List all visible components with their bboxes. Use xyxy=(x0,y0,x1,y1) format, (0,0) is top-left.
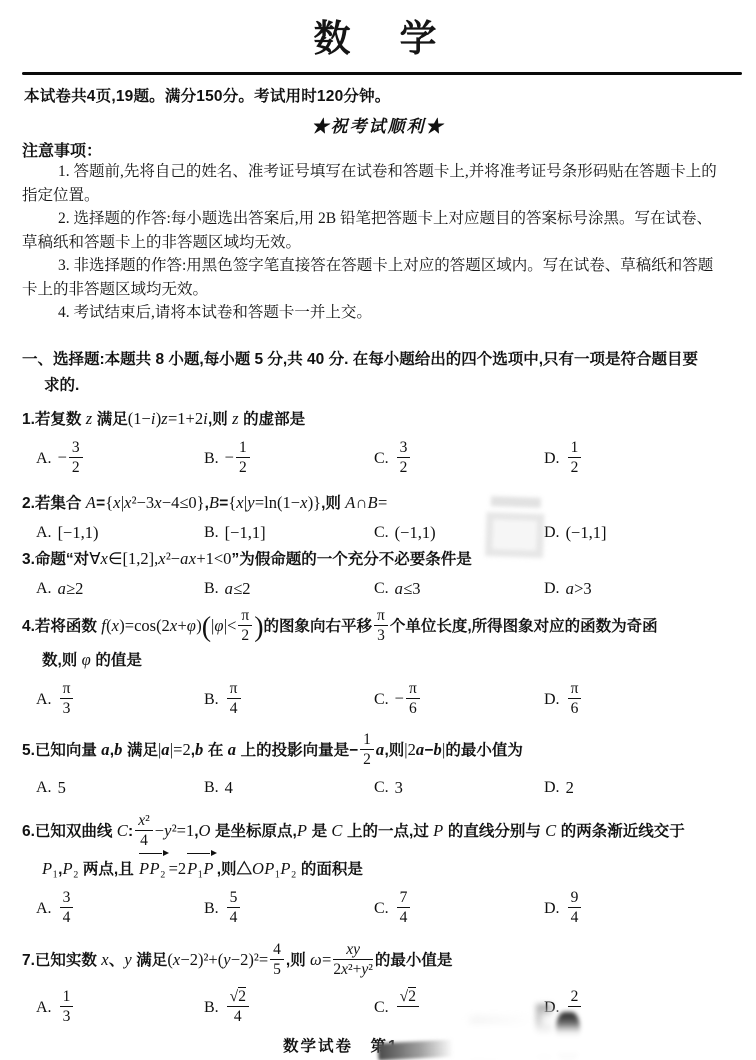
math-run: z xyxy=(86,409,93,428)
option-value: a>3 xyxy=(566,579,592,599)
option-label: B. xyxy=(204,999,219,1017)
math-run: |φ|< xyxy=(211,616,236,635)
option: A.[−1,1) xyxy=(36,523,204,543)
option: B.4 xyxy=(204,778,374,798)
fraction-denominator: 3 xyxy=(374,626,388,644)
option: B.[−1,1] xyxy=(204,523,374,543)
fraction-numerator: 2 xyxy=(568,988,582,1007)
math-run: A∩B= xyxy=(345,493,387,512)
fraction-numerator: π xyxy=(238,607,252,626)
fraction-denominator: 3 xyxy=(60,1007,74,1025)
math-run: a xyxy=(225,579,234,598)
option: D.94 xyxy=(544,889,748,929)
fraction-numerator: 1 xyxy=(60,988,74,1007)
fraction: 32 xyxy=(69,439,83,477)
option-label: B. xyxy=(204,450,219,468)
math-run: P₁P xyxy=(186,859,217,878)
question-6: 6.已知双曲线 C:x²4−y²=1,O 是坐标原点,P 是 C 上的一点,过 … xyxy=(22,812,748,928)
math-run: P xyxy=(433,821,443,840)
option-value: 3 xyxy=(395,778,403,798)
math-run: b xyxy=(433,740,442,759)
fraction-numerator: π xyxy=(60,680,74,699)
question-line: 4.若将函数 f(x)=cos(2x+φ)(|φ|<π2)的图象向右平移π3个单… xyxy=(22,607,748,647)
option-value: 4 xyxy=(225,778,233,798)
option-value: −32 xyxy=(58,439,85,479)
section-heading-line: 求的. xyxy=(22,373,744,399)
fraction: 12 xyxy=(360,731,374,769)
options-row: A.5B.4C.3D.2 xyxy=(22,778,748,798)
option-label: C. xyxy=(374,900,389,918)
option: B.54 xyxy=(204,889,374,929)
math-run: x xyxy=(101,950,109,969)
option-value: √24 xyxy=(225,988,251,1028)
option-label: D. xyxy=(544,779,560,797)
fraction: 54 xyxy=(227,889,241,927)
option: B.√24 xyxy=(204,988,374,1028)
vector-overline: P₁P xyxy=(186,852,217,881)
fraction-denominator: 3 xyxy=(60,699,74,717)
option: D.2 xyxy=(544,778,748,798)
fraction-denominator: 4 xyxy=(227,699,241,717)
option: C.−π6 xyxy=(374,680,544,720)
notice-line: 草稿纸和答题卡上的非答题区域均无效。 xyxy=(22,231,740,255)
option-value: 5 xyxy=(58,778,66,798)
option-label: A. xyxy=(36,779,52,797)
fraction-numerator: 1 xyxy=(360,731,374,750)
options-row: A.a≥2B.a≤2C.a≤3D.a>3 xyxy=(22,579,748,599)
question-line: 3.命题“对∀x∈[1,2],x²−ax+1<0”为假命题的一个充分不必要条件是 xyxy=(22,546,748,572)
option-value: 13 xyxy=(58,988,76,1028)
option-value: [−1,1] xyxy=(225,523,266,543)
fraction: 94 xyxy=(568,889,582,927)
fraction: 74 xyxy=(397,889,411,927)
fraction-denominator: 2 xyxy=(69,458,83,476)
question-line: 6.已知双曲线 C:x²4−y²=1,O 是坐标原点,P 是 C 上的一点,过 … xyxy=(22,812,748,852)
fraction: 45 xyxy=(270,941,284,979)
math-run: (x−2)²+(y−2)²= xyxy=(167,950,268,969)
math-run: ∀x∈[1,2],x²−ax+1<0 xyxy=(89,549,231,568)
option-label: C. xyxy=(374,691,389,709)
math-run: a xyxy=(228,740,237,759)
question-5: 5.已知向量 a,b 满足|a|=2,b 在 a 上的投影向量是−12a,则|2… xyxy=(22,731,748,798)
math-run: (1−i)z=1+2i xyxy=(128,409,208,428)
option-value: π4 xyxy=(225,680,243,720)
option-value: π3 xyxy=(58,680,76,720)
option-label: B. xyxy=(204,691,219,709)
option-label: A. xyxy=(36,691,52,709)
fraction-denominator: 4 xyxy=(397,908,411,926)
scan-footer-white xyxy=(455,1028,625,1060)
fraction-numerator: x² xyxy=(135,812,153,831)
options-row: A.13B.√24C.√2 D.2 xyxy=(22,988,748,1028)
fraction-denominator: 2 xyxy=(238,626,252,644)
option-value: a≤3 xyxy=(395,579,421,599)
math-run: f(x)=cos(2x+φ) xyxy=(101,616,201,635)
options-row: A.34B.54C.74D.94 xyxy=(22,889,748,929)
option-value: 94 xyxy=(566,889,584,929)
math-run: {x|x²−3x−4≤0} xyxy=(105,493,204,512)
option-label: A. xyxy=(36,450,52,468)
fraction: π6 xyxy=(406,680,420,718)
option: D.(−1,1] xyxy=(544,523,748,543)
option-label: D. xyxy=(544,900,560,918)
math-run: b xyxy=(114,740,123,759)
fraction-numerator: 1 xyxy=(568,439,582,458)
option-label: D. xyxy=(544,450,560,468)
option-label: D. xyxy=(544,524,560,542)
notice-line: 4. 考试结束后,请将本试卷和答题卡一并上交。 xyxy=(22,301,740,325)
option-value: a≥2 xyxy=(58,579,84,599)
math-run: C xyxy=(117,821,128,840)
math-run: P₁ xyxy=(42,859,58,878)
fraction-denominator: 2 xyxy=(397,458,411,476)
notice-line: 3. 非选择题的作答:用黑色签字笔直接答在答题卡上对应的答题区域内。写在试卷、草… xyxy=(22,254,740,278)
math-run: P xyxy=(297,821,307,840)
question-2: 2.若集合 A={x|x²−3x−4≤0},B={x|y=ln(1−x)},则 … xyxy=(22,490,748,543)
fraction-numerator: π xyxy=(568,680,582,699)
exam-info-line: 本试卷共4页,19题。满分150分。考试用时120分钟。 xyxy=(24,84,391,106)
question-line: 2.若集合 A={x|x²−3x−4≤0},B={x|y=ln(1−x)},则 … xyxy=(22,490,748,516)
fraction-denominator: 4 xyxy=(227,1007,249,1025)
scan-ghost-stamp xyxy=(485,496,545,558)
option-label: A. xyxy=(36,900,52,918)
option-label: D. xyxy=(544,580,560,598)
option-value: −12 xyxy=(225,439,252,479)
option-label: C. xyxy=(374,450,389,468)
fraction: 13 xyxy=(60,988,74,1026)
math-run: C xyxy=(545,821,556,840)
fraction-denominator: 4 xyxy=(135,831,153,849)
options-row: A.π3B.π4C.−π6D.π6 xyxy=(22,680,748,720)
option: D.a>3 xyxy=(544,579,748,599)
option-label: A. xyxy=(36,999,52,1017)
math-run: φ xyxy=(82,650,91,669)
sqrt: √2 xyxy=(400,987,416,1005)
fraction-numerator: 5 xyxy=(227,889,241,908)
fraction-numerator: π xyxy=(406,680,420,699)
math-run: z xyxy=(232,409,239,428)
option-value: 32 xyxy=(395,439,413,479)
fraction: 12 xyxy=(236,439,250,477)
notice-line: 2. 选择题的作答:每小题选出答案后,用 2B 铅笔把答题卡上对应题目的答案标号… xyxy=(22,207,740,231)
fraction-numerator: 3 xyxy=(397,439,411,458)
math-run: a xyxy=(161,740,170,759)
option-value: 12 xyxy=(566,439,584,479)
fraction-numerator: 3 xyxy=(69,439,83,458)
option-label: C. xyxy=(374,999,389,1017)
fraction: √24 xyxy=(227,988,249,1026)
option: A.a≥2 xyxy=(36,579,204,599)
question-line: 5.已知向量 a,b 满足|a|=2,b 在 a 上的投影向量是−12a,则|2… xyxy=(22,731,748,771)
option: C.3 xyxy=(374,778,544,798)
notice-line: 1. 答题前,先将自己的姓名、准考证号填写在试卷和答题卡上,并将准考证号条形码贴… xyxy=(22,160,740,184)
math-run: a xyxy=(416,740,425,759)
big-paren: ) xyxy=(254,612,263,643)
fraction-numerator: 7 xyxy=(397,889,411,908)
sqrt-radicand: 2 xyxy=(238,987,246,1005)
math-run: a xyxy=(395,579,404,598)
fraction: 12 xyxy=(568,439,582,477)
notice-list: 1. 答题前,先将自己的姓名、准考证号填写在试卷和答题卡上,并将准考证号条形码贴… xyxy=(22,160,740,325)
option: C.a≤3 xyxy=(374,579,544,599)
option: A.π3 xyxy=(36,680,204,720)
math-run: |2 xyxy=(404,740,416,759)
math-run: a xyxy=(566,579,575,598)
option-label: B. xyxy=(204,900,219,918)
option-value: 54 xyxy=(225,889,243,929)
fraction-numerator: 4 xyxy=(270,941,284,960)
question-line: P₁,P₂ 两点,且 PP₂=2P₁P,则△OP₁P₂ 的面积是 xyxy=(22,852,748,882)
math-run: PP₂ xyxy=(138,859,169,878)
math-run: y xyxy=(124,950,132,969)
fraction-numerator: π xyxy=(227,680,241,699)
fraction-denominator: 2 xyxy=(360,750,374,768)
fraction: 34 xyxy=(60,889,74,927)
page-title: 数 学 xyxy=(0,8,756,62)
fraction-numerator: 3 xyxy=(60,889,74,908)
fraction: π2 xyxy=(238,607,252,645)
math-run: =2 xyxy=(169,859,187,878)
option-value: [−1,1) xyxy=(58,523,99,543)
option-label: D. xyxy=(544,691,560,709)
question-3: 3.命题“对∀x∈[1,2],x²−ax+1<0”为假命题的一个充分不必要条件是… xyxy=(22,546,748,599)
option: A.−32 xyxy=(36,439,204,479)
math-run: | xyxy=(442,740,445,759)
option-label: C. xyxy=(374,779,389,797)
math-run: A xyxy=(86,493,96,512)
math-run: −y²=1 xyxy=(155,821,194,840)
option: A.13 xyxy=(36,988,204,1028)
sqrt-radicand: 2 xyxy=(408,987,416,1005)
option-label: C. xyxy=(374,580,389,598)
blessing-line: ★祝考试顺利★ xyxy=(0,112,756,137)
option-value: 74 xyxy=(395,889,413,929)
option-label: C. xyxy=(374,524,389,542)
fraction-numerator: 1 xyxy=(236,439,250,458)
question-line: 数,则 φ 的值是 xyxy=(22,647,748,673)
math-run: B xyxy=(209,493,219,512)
notice-line: 卡上的非答题区域均无效。 xyxy=(22,278,740,302)
option-label: A. xyxy=(36,524,52,542)
big-paren: ( xyxy=(202,612,211,643)
vector-overline: PP₂ xyxy=(138,852,169,881)
sqrt: √2 xyxy=(230,987,246,1005)
math-run: OP₁P₂ xyxy=(252,859,297,878)
section-heading-line: 一、选择题:本题共 8 小题,每小题 5 分,共 40 分. 在每小题给出的四个… xyxy=(22,347,744,373)
fraction-denominator: 2 xyxy=(236,458,250,476)
option-value: (−1,1] xyxy=(566,523,607,543)
option: B.−12 xyxy=(204,439,374,479)
option-value: 2 xyxy=(566,778,574,798)
fraction-denominator: 6 xyxy=(568,699,582,717)
math-run: a xyxy=(58,579,67,598)
question-4: 4.若将函数 f(x)=cos(2x+φ)(|φ|<π2)的图象向右平移π3个单… xyxy=(22,607,748,719)
fraction-denominator: 6 xyxy=(406,699,420,717)
section-heading: 一、选择题:本题共 8 小题,每小题 5 分,共 40 分. 在每小题给出的四个… xyxy=(22,347,744,399)
notice-title: 注意事项： xyxy=(22,138,102,161)
fraction-numerator: π xyxy=(374,607,388,626)
fraction: x²4 xyxy=(135,812,153,850)
fraction-numerator: 9 xyxy=(568,889,582,908)
option: B.a≤2 xyxy=(204,579,374,599)
option: C.32 xyxy=(374,439,544,479)
option-label: A. xyxy=(36,580,52,598)
math-run: |=2 xyxy=(170,740,191,759)
fraction: π4 xyxy=(227,680,241,718)
fraction-denominator: 5 xyxy=(270,960,284,978)
option-label: B. xyxy=(204,779,219,797)
option: A.34 xyxy=(36,889,204,929)
math-run: ω= xyxy=(310,950,331,969)
fraction-denominator: 2 xyxy=(568,458,582,476)
fraction-denominator: 2x²+y² xyxy=(333,960,373,978)
option-value: 34 xyxy=(58,889,76,929)
fraction-denominator: 4 xyxy=(60,908,74,926)
option: B.π4 xyxy=(204,680,374,720)
option-value: −π6 xyxy=(395,680,422,720)
option: C.74 xyxy=(374,889,544,929)
question-line: 1.若复数 z 满足(1−i)z=1+2i,则 z 的虚部是 xyxy=(22,406,748,432)
fraction: xy2x²+y² xyxy=(333,941,373,979)
fraction-numerator: xy xyxy=(333,941,373,960)
option-label: B. xyxy=(204,524,219,542)
option: D.π6 xyxy=(544,680,748,720)
header-rule xyxy=(22,72,742,75)
fraction-denominator: 4 xyxy=(227,908,241,926)
math-run: O xyxy=(199,821,211,840)
fraction-numerator: √2 xyxy=(227,988,249,1007)
options-row: A.[−1,1)B.[−1,1]C.(−1,1)D.(−1,1] xyxy=(22,523,748,543)
math-run: {x|y=ln(1−x)} xyxy=(228,493,321,512)
option-label: B. xyxy=(204,580,219,598)
option-value: (−1,1) xyxy=(395,523,436,543)
math-run: b xyxy=(195,740,204,759)
fraction: π3 xyxy=(60,680,74,718)
fraction: π3 xyxy=(374,607,388,645)
options-row: A.−32B.−12C.32D.12 xyxy=(22,439,748,479)
math-run: a xyxy=(101,740,110,759)
math-run: P₂ xyxy=(62,859,78,878)
fraction: 32 xyxy=(397,439,411,477)
option-value: a≤2 xyxy=(225,579,251,599)
option: D.12 xyxy=(544,439,748,479)
fraction-numerator: √2 xyxy=(397,988,419,1007)
option: A.5 xyxy=(36,778,204,798)
math-run: a xyxy=(376,740,385,759)
question-1: 1.若复数 z 满足(1−i)z=1+2i,则 z 的虚部是A.−32B.−12… xyxy=(22,406,748,479)
notice-line: 指定位置。 xyxy=(22,184,740,208)
option-value: π6 xyxy=(566,680,584,720)
math-run: C xyxy=(331,821,342,840)
question-7: 7.已知实数 x、y 满足(x−2)²+(y−2)²=45,则 ω=xy2x²+… xyxy=(22,941,748,1027)
fraction-denominator: 4 xyxy=(568,908,582,926)
exam-page: { "document": { "title": "数 学", "info_li… xyxy=(0,0,756,1060)
fraction: π6 xyxy=(568,680,582,718)
question-line: 7.已知实数 x、y 满足(x−2)²+(y−2)²=45,则 ω=xy2x²+… xyxy=(22,941,748,981)
